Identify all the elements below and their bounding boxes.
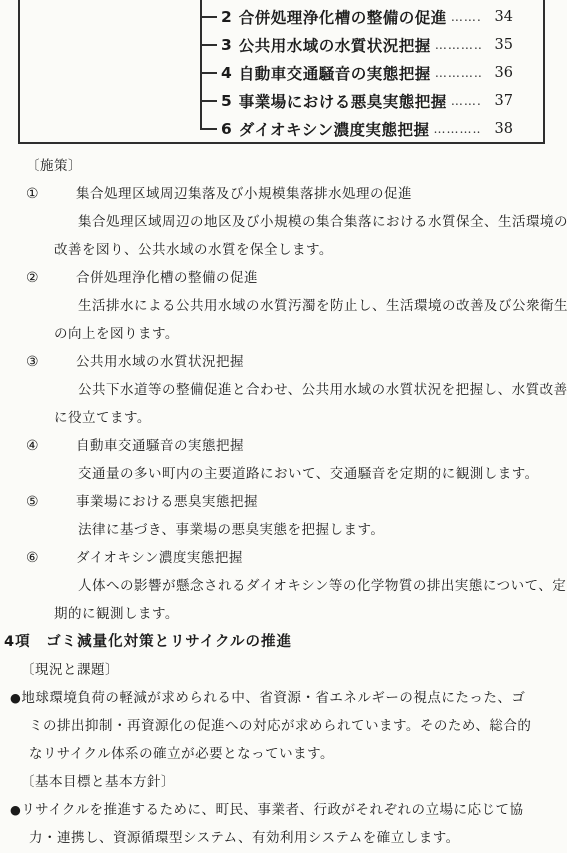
document-body: 〔施策〕 ①集合処理区域周辺集落及び小規模集落排水処理の促進 集合処理区域周辺の… [0, 152, 567, 852]
tree-branch-line [200, 72, 217, 74]
dot-leader: ………………………………………………………… [451, 94, 481, 108]
toc-item-number: 3 [221, 36, 232, 54]
policy-paragraph: 法律に基づき、事業場の悪臭実態を把握します。 [0, 516, 567, 544]
policy-item-title: 集合処理区域周辺集落及び小規模集落排水処理の促進 [76, 186, 412, 202]
policy-paragraph: 公共下水道等の整備促進と合わせ、公共用水域の水質状況を把握し、水質改善 に役立て… [0, 376, 567, 432]
toc-page-number: 36 [485, 65, 513, 81]
toc-item: 5 事業場における悪臭実態把握 ………………………………………………………… 3… [200, 87, 543, 115]
circled-number-marker: ③ [26, 348, 76, 376]
policy-item-title: ダイオキシン濃度実態把握 [76, 550, 243, 566]
circled-number-marker: ④ [26, 432, 76, 460]
bullet-line: 力・連携し、資源循環型システム、有効利用システムを確立します。 [29, 824, 567, 852]
toc-item-number: 2 [221, 8, 232, 26]
bullet-paragraph: ●地球環境負荷の軽減が求められる中、省資源・省エネルギーの視点にたった、ゴ ミの… [10, 684, 567, 768]
policy-item-title: 公共用水域の水質状況把握 [76, 354, 244, 370]
paragraph-line: に役立てます。 [54, 404, 567, 432]
bullet-line: なリサイクル体系の確立が必要となっています。 [29, 740, 567, 768]
paragraph-line: 法律に基づき、事業場の悪臭実態を把握します。 [54, 516, 567, 544]
policy-item-header: ⑤事業場における悪臭実態把握 [26, 488, 567, 516]
toc-item-title: ダイオキシン濃度実態把握 [239, 118, 430, 140]
paragraph-line: 改善を図り、公共水域の水質を保全します。 [54, 236, 567, 264]
policy-item-header: ②合併処理浄化槽の整備の促進 [26, 264, 567, 292]
toc-item-title: 事業場における悪臭実態把握 [239, 90, 447, 112]
bullet-text: リサイクルを推進するために、町民、事業者、行政がそれぞれの立場に応じて協 [21, 802, 523, 818]
tree-trunk-line [200, 0, 202, 128]
toc-item-number: 4 [221, 64, 232, 82]
toc-item: 6 ダイオキシン濃度実態把握 ………………………………………………………… 38 [200, 115, 543, 143]
toc-item: 2 合併処理浄化槽の整備の促進 ………………………………………………………… 3… [200, 3, 543, 31]
scanned-document-page: 2 合併処理浄化槽の整備の促進 ………………………………………………………… 3… [0, 0, 567, 853]
paragraph-line: 公共下水道等の整備促進と合わせ、公共用水域の水質状況を把握し、水質改善 [54, 376, 567, 404]
paragraph-line: 交通量の多い町内の主要道路において、交通騒音を定期的に観測します。 [54, 460, 567, 488]
dot-leader: ………………………………………………………… [435, 38, 481, 52]
policy-section-label: 〔施策〕 [26, 152, 567, 180]
subsection-label: 〔基本目標と基本方針〕 [21, 768, 567, 796]
toc-item-title: 公共用水域の水質状況把握 [239, 34, 431, 56]
toc-item: 4 自動車交通騒音の実態把握 ………………………………………………………… 36 [200, 59, 543, 87]
circled-number-marker: ⑤ [26, 488, 76, 516]
toc-item: 3 公共用水域の水質状況把握 ………………………………………………………… 35 [200, 31, 543, 59]
paragraph-line: 集合処理区域周辺の地区及び小規模の集合集落における水質保全、生活環境の [54, 208, 567, 236]
policy-item-title: 自動車交通騒音の実態把握 [76, 438, 244, 454]
toc-page-number: 37 [485, 93, 513, 109]
bullet-line: ミの排出抑制・再資源化の促進への対応が求められています。そのため、総合的 [29, 712, 567, 740]
policy-item-header: ①集合処理区域周辺集落及び小規模集落排水処理の促進 [26, 180, 567, 208]
dot-leader: ………………………………………………………… [451, 10, 481, 24]
dot-leader: ………………………………………………………… [435, 66, 481, 80]
circled-number-marker: ⑥ [26, 544, 76, 572]
policy-paragraph: 交通量の多い町内の主要道路において、交通騒音を定期的に観測します。 [0, 460, 567, 488]
bullet-line: ●リサイクルを推進するために、町民、事業者、行政がそれぞれの立場に応じて協 [10, 796, 567, 824]
policy-paragraph: 集合処理区域周辺の地区及び小規模の集合集落における水質保全、生活環境の 改善を図… [0, 208, 567, 264]
circled-number-marker: ① [26, 180, 76, 208]
circled-number-marker: ② [26, 264, 76, 292]
toc-page-number: 35 [485, 37, 513, 53]
toc-page-number: 34 [485, 9, 513, 25]
policy-paragraph: 生活排水による公共用水域の水質汚濁を防止し、生活環境の改善及び公衆衛生 の向上を… [0, 292, 567, 348]
paragraph-line: の向上を図ります。 [54, 320, 567, 348]
policy-item-header: ⑥ダイオキシン濃度実態把握 [26, 544, 567, 572]
paragraph-line: 人体への影響が懸念されるダイオキシン等の化学物質の排出実態について、定 [54, 572, 567, 600]
toc-item-number: 5 [221, 92, 232, 110]
paragraph-line: 生活排水による公共用水域の水質汚濁を防止し、生活環境の改善及び公衆衛生 [54, 292, 567, 320]
policy-paragraph: 人体への影響が懸念されるダイオキシン等の化学物質の排出実態について、定 期的に観… [0, 572, 567, 628]
bullet-paragraph: ●リサイクルを推進するために、町民、事業者、行政がそれぞれの立場に応じて協 力・… [10, 796, 567, 852]
bullet-line: ●地球環境負荷の軽減が求められる中、省資源・省エネルギーの視点にたった、ゴ [10, 684, 567, 712]
tree-branch-line [200, 100, 217, 102]
policy-item-title: 合併処理浄化槽の整備の促進 [76, 270, 258, 286]
toc-item-title: 合併処理浄化槽の整備の促進 [239, 6, 447, 28]
paragraph-line: 期的に観測します。 [54, 600, 567, 628]
section-heading: 4項 ゴミ減量化対策とリサイクルの推進 [4, 628, 567, 656]
dot-leader: ………………………………………………………… [433, 122, 481, 136]
policy-item-header: ④自動車交通騒音の実態把握 [26, 432, 567, 460]
toc-item-title: 自動車交通騒音の実態把握 [239, 62, 431, 84]
subsection-label: 〔現況と課題〕 [21, 656, 567, 684]
tree-branch-line [200, 44, 217, 46]
toc-box: 2 合併処理浄化槽の整備の促進 ………………………………………………………… 3… [18, 0, 545, 144]
toc-item-number: 6 [221, 120, 232, 138]
toc-page-number: 38 [485, 121, 513, 137]
policy-item-header: ③公共用水域の水質状況把握 [26, 348, 567, 376]
bullet-marker: ● [10, 802, 21, 817]
tree-branch-line [200, 128, 217, 130]
tree-branch-line [200, 16, 217, 18]
bullet-text: 地球環境負荷の軽減が求められる中、省資源・省エネルギーの視点にたった、ゴ [21, 690, 525, 706]
policy-item-title: 事業場における悪臭実態把握 [76, 494, 258, 510]
bullet-marker: ● [10, 690, 21, 705]
